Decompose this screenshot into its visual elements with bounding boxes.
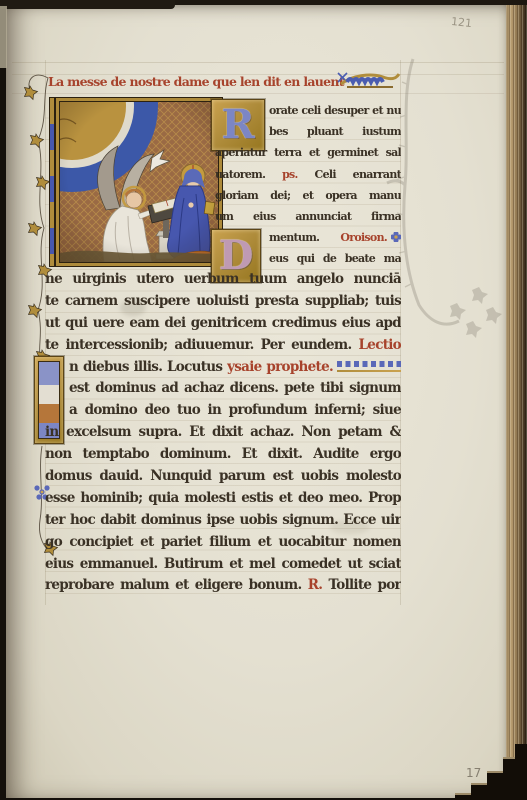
text-line: eius emmanuel. Butirum et mel comedet ut… [45,554,401,576]
text-segment: Tollite por [328,577,401,593]
right-column-text: orate celi desuper et nubes pluant iustu… [215,100,401,270]
text-line: te carnem suscipere uoluisti presta supp… [45,291,401,313]
gutter-page-sliver [0,6,7,68]
text-segment: Celi enarrant [315,168,401,181]
text-line: aperiatur terra et germinet sal [215,142,401,163]
main-text: ne uirginis utero uerbum tuum angelo nun… [45,269,401,597]
text-segment: te intercessionib; adiuuemur. Per eundem… [45,337,359,353]
text-line: eus qui de beate ma [215,248,401,269]
flower-ornament [391,232,401,242]
text-segment: go concipiet et pariet filium et uocabit… [45,534,401,550]
page-corner-steps [437,738,527,800]
text-segment: reprobare malum et eligere bonum. [45,577,308,593]
text-line: reprobare malum et eligere bonum. R. Tol… [45,575,401,597]
text-segment: ut qui uere eam dei genitricem credimus … [45,315,401,331]
text-line: ut qui uere eam dei genitricem credimus … [45,313,401,335]
text-segment: gloriam dei; et opera manu [215,189,401,202]
stain [330,520,370,534]
text-line: in excelsum supra. Et dixit achaz. Non p… [45,422,401,444]
text-segment: non temptabo dominum. Et dixit. Audite e… [45,446,401,462]
text-line: mentum. Oroison. [215,227,401,248]
text-segment: aperiatur terra et germinet sal [215,146,401,159]
annunciation-miniature [55,97,223,267]
text-segment: a domino deo tuo in profundum inferni; s… [69,402,401,418]
rubric-segment: Lectio [359,337,401,353]
folio-number-pencil: 121 [450,15,472,30]
text-line: est dominus ad achaz dicens. pete tibi s… [45,378,401,400]
binding-shadow-top-left [0,0,175,9]
text-line: a domino deo tuo in profundum inferni; s… [45,400,401,422]
text-segment: uatorem. [215,168,282,181]
rubric-segment: ps. [282,168,314,181]
text-segment: ne uirginis utero uerbum tuum angelo nun… [45,271,401,287]
text-segment: eus qui de beate ma [269,252,401,265]
text-segment: mentum. [269,231,340,244]
text-segment: eius emmanuel. Butirum et mel comedet ut… [45,556,401,572]
text-segment: esse hominib; quia molesti estis et deo … [45,490,401,506]
stain [120,300,146,316]
text-segment: n diebus illis. Locutus [69,359,227,375]
offset-ghost-border [385,55,510,345]
text-segment: orate celi desuper et nu [269,104,401,117]
text-segment: um eius annunciat firma [215,210,401,223]
text-line: bes pluant iustum [215,121,401,142]
header-rubric: La messe de nostre dame que len dit en l… [48,74,340,93]
miniature-panel [59,101,219,263]
rubric-segment: Oroison. [340,231,387,244]
text-line: orate celi desuper et nu [215,100,401,121]
text-segment: te carnem suscipere uoluisti presta supp… [45,293,401,309]
text-line: domus dauid. Nunquid parum est uobis mol… [45,466,401,488]
text-line: go concipiet et pariet filium et uocabit… [45,532,401,554]
text-line: te intercessionib; adiuuemur. Per eundem… [45,335,401,357]
text-line: non temptabo dominum. Et dixit. Audite e… [45,444,401,466]
rubric-segment: R. [308,577,329,593]
text-segment: bes pluant iustum [269,125,401,138]
text-line: n diebus illis. Locutus ysaie prophete. [45,357,401,379]
text-line: esse hominib; quia molesti estis et deo … [45,488,401,510]
manuscript-photo: La messe de nostre dame que len dit en l… [0,0,527,800]
text-line: um eius annunciat firma [215,206,401,227]
text-segment: domus dauid. Nunquid parum est uobis mol… [45,468,401,484]
text-line: uatorem. ps. Celi enarrant [215,164,401,185]
text-segment: in excelsum supra. Et dixit achaz. Non p… [45,424,401,440]
filler-ornament [337,361,401,372]
text-segment: est dominus ad achaz dicens. pete tibi s… [69,380,401,396]
rubric-segment: ysaie prophete. [227,359,333,375]
ghost-ivy-leaf [450,287,502,338]
text-line: ne uirginis utero uerbum tuum angelo nun… [45,269,401,291]
text-line: gloriam dei; et opera manu [215,185,401,206]
